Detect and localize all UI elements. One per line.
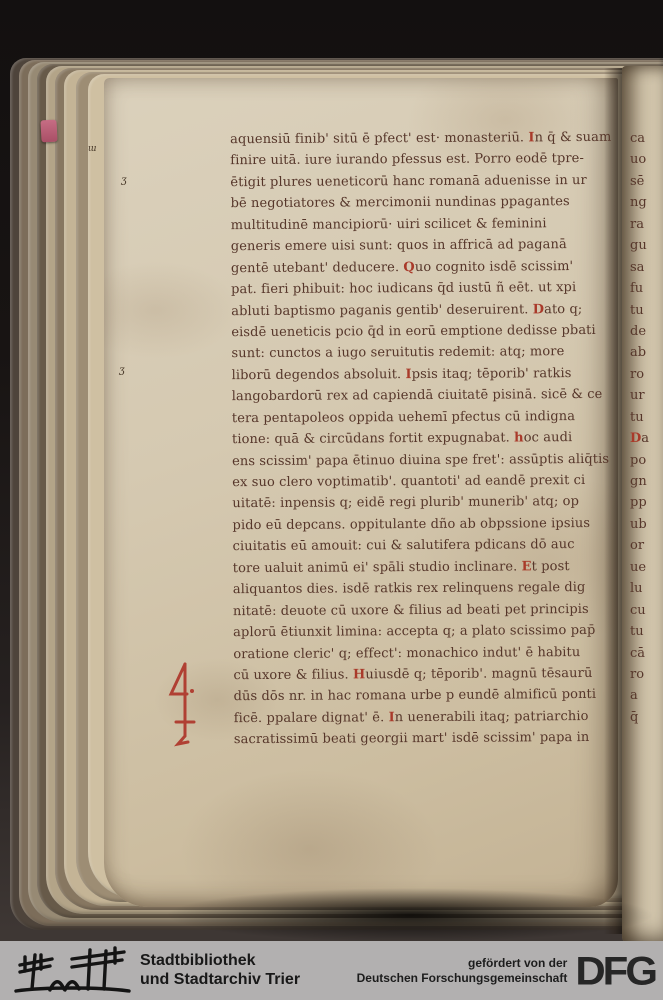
facing-page-line-fragment: lu [630, 581, 663, 602]
funding-credit: gefördert von der Deutschen Forschungsge… [357, 956, 568, 986]
institution-name: Stadtbibliothek und Stadtarchiv Trier [140, 952, 300, 990]
facing-page-line-fragment: ur [630, 388, 663, 409]
manuscript-text-line: aplorū ētiunxit limina: accepta q; a pla… [233, 623, 615, 647]
manuscript-text-block: aquensiū finib' sitū ē pfect' est· monas… [230, 130, 616, 754]
book-bottom-shadow [140, 888, 663, 948]
facing-page-line-fragment: or [630, 538, 663, 559]
manuscript-text-line: aliquantos dies. isdē ratkis rex relinqu… [233, 580, 615, 604]
digitized-manuscript-photo: ɯ ʒ ʒ aquensiū finib' sitū ē pfect' est·… [0, 0, 663, 1000]
rubricated-initial: h [514, 431, 524, 446]
facing-page-line-fragment: sa [630, 260, 663, 281]
facing-page-line-fragment: ng [630, 195, 663, 216]
manuscript-text-line: ex suo clero voptimatib'. quantoti' ad e… [232, 473, 614, 497]
manuscript-text-line: uitatē: inpensis q; eidē regi plurib' mu… [232, 494, 614, 518]
facing-page-line-fragment: de [630, 324, 663, 345]
margin-quire-mark: ʒ [121, 175, 127, 186]
facing-page-line-fragment: gu [630, 238, 663, 259]
dfg-logo: DFG [575, 951, 655, 991]
rubricated-initial: I [528, 130, 534, 145]
rubricated-initial: I [405, 367, 411, 382]
facing-page-line-fragment: ca [630, 131, 663, 152]
facing-page-line-fragment: ro [630, 667, 663, 688]
manuscript-text-line: ciuitatis eū amouit: cui & salutifera pd… [233, 537, 615, 561]
manuscript-text-line: sunt: cunctos a iugo seruitutis redemit:… [231, 344, 613, 368]
facing-page-text: cauosēngragusafutudeabrourtuDapognppubor… [630, 131, 663, 731]
manuscript-text-line: tione: quā & circūdans fortit expugnabat… [232, 430, 614, 454]
manuscript-text-line: dūs dōs nr. in hac romana urbe p eundē a… [234, 687, 616, 711]
facing-page-line-fragment: po [630, 453, 663, 474]
manuscript-text-line: ficē. ppalare dignat' ē. In uenerabili i… [234, 709, 616, 733]
manuscript-text-line: oratione cleric' q; effect': monachico i… [233, 644, 615, 668]
rubricated-initial: I [389, 710, 395, 725]
facing-page-line-fragment: q̄ [630, 710, 663, 731]
rubricated-initial: H [353, 667, 365, 682]
manuscript-text-line: ētigit plures ueneticorū hanc romanā adu… [230, 173, 612, 197]
manuscript-text-line: pat. fieri phibuit: hoc iudicans q̄d ius… [231, 280, 613, 304]
facing-page-line-fragment: gn [630, 474, 663, 495]
margin-quire-mark: ɯ [88, 144, 97, 154]
facing-page-line-fragment: ue [630, 560, 663, 581]
manuscript-text-line: generis emere uisi sunt: quos in affricā… [231, 237, 613, 261]
manuscript-text-line: cū uxore & filius. Huiusdē q; tēporib'. … [233, 666, 615, 690]
funding-line1: gefördert von der [357, 956, 568, 971]
rubricated-initial: D [630, 431, 641, 446]
manuscript-text-line: sacratissimū beati georgii mart' isdē sc… [234, 730, 616, 754]
manuscript-text-line: abluti baptismo paganis gentib' deseruir… [231, 301, 613, 325]
manuscript-text-line: tore ualuit animū ei' spāli studio incli… [233, 559, 615, 583]
pink-bookmark-tab [40, 120, 57, 143]
manuscript-text-line: ens scissim' papa ētinuo diuina spe fret… [232, 451, 614, 475]
facing-page-line-fragment: cu [630, 603, 663, 624]
institution-line2: und Stadtarchiv Trier [140, 971, 300, 990]
facing-page-line-fragment: ra [630, 217, 663, 238]
margin-quire-mark: ʒ [119, 365, 125, 376]
facing-page-line-fragment: ab [630, 345, 663, 366]
facing-page-line-fragment: tu [630, 410, 663, 431]
facing-page-line-fragment: tu [630, 624, 663, 645]
rubricated-initial: D [533, 302, 544, 317]
facing-page-line-fragment: tu [630, 303, 663, 324]
facing-page-line-fragment: a [630, 688, 663, 709]
facing-page-line-fragment: sē [630, 174, 663, 195]
manuscript-text-line: liborū degendos absoluit. Ipsis itaq; tē… [232, 366, 614, 390]
funding-line2: Deutschen Forschungsgemeinschaft [357, 971, 568, 986]
facing-page-line-fragment: Da [630, 431, 663, 452]
facing-page-line-fragment: pp [630, 495, 663, 516]
manuscript-text-line: bē negotiatores & mercimonii nundinas pp… [230, 194, 612, 218]
footer-banner: Stadtbibliothek und Stadtarchiv Trier ge… [0, 941, 663, 1000]
facing-page-line-fragment: ro [630, 367, 663, 388]
manuscript-text-line: langobardorū rex ad capiendā ciuitatē pi… [232, 387, 614, 411]
manuscript-text-line: eisdē ueneticis pcio q̄d in eorū emption… [231, 323, 613, 347]
institution-line1: Stadtbibliothek [140, 952, 300, 971]
manuscript-text-line: pido eū depcans. oppitulante dño ab obps… [232, 516, 614, 540]
red-margin-monogram-icon [160, 656, 204, 752]
facing-page-line-fragment: uo [630, 152, 663, 173]
manuscript-text-line: finire uitā. iure iurando pfessus est. P… [230, 151, 612, 175]
rubricated-initial: E [522, 559, 532, 574]
manuscript-text-line: tera pentapoleos oppida uehemī pfectus c… [232, 409, 614, 433]
facing-page-line-fragment: cā [630, 646, 663, 667]
manuscript-text-line: nitatē: deuote cū uxore & filius ad beat… [233, 601, 615, 625]
facing-page-line-fragment: fu [630, 281, 663, 302]
manuscript-text-line: aquensiū finib' sitū ē pfect' est· monas… [230, 130, 612, 154]
porta-nigra-icon [12, 945, 132, 997]
manuscript-text-line: gentē utebant' deducere. Quo cognito isd… [231, 258, 613, 282]
manuscript-text-line: multitudinē mancipiorū· uiri scilicet & … [231, 216, 613, 240]
rubricated-initial: Q [403, 260, 415, 275]
facing-page-line-fragment: ub [630, 517, 663, 538]
